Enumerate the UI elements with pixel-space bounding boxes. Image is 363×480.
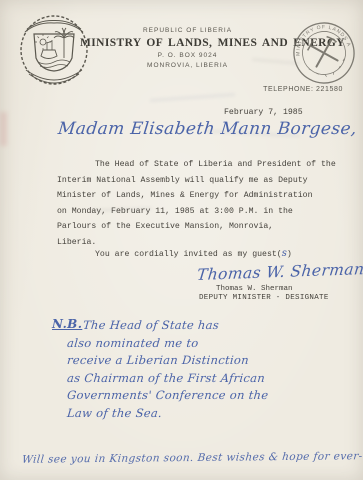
body-line: on Monday, February 11, 1985 at 3:00 P.M…	[57, 204, 319, 220]
note-line: The Head of State has	[82, 317, 298, 335]
stamp-rim-text: MINISTRY OF LANDS AND MINES	[283, 12, 352, 64]
note-line: as Chairman of the First African	[66, 370, 298, 388]
ministry-stamp-seal: MINISTRY OF LANDS AND MINES	[283, 12, 363, 94]
signature-handwritten: Thomas W. Sherman	[196, 260, 363, 284]
body-line: Interim National Assembly will qualify m…	[57, 173, 319, 189]
invitation-text: You are cordially invited as my guest(	[95, 250, 282, 259]
telephone-line: TELEPHONE: 221580	[263, 86, 343, 93]
signer-title: DEPUTY MINISTER - DESIGNATE	[199, 294, 329, 302]
ministry-name: MINISTRY OF LANDS, MINES AND ENERGY	[80, 37, 295, 49]
letter-body: The Head of State of Liberia and Preside…	[57, 157, 319, 250]
signer-name: Thomas W. Sherman	[216, 285, 293, 293]
postscript-note: The Head of State hasalso nominated me t…	[67, 317, 297, 422]
body-line: Parlours of the Executive Mansion, Monro…	[57, 219, 319, 235]
body-line: Minister of Lands, Mines & Energy for Ad…	[57, 188, 319, 204]
bleed-through-artifact	[150, 93, 235, 102]
letter-date: February 7, 1985	[224, 108, 303, 117]
po-box-line: P. O. BOX 9024	[80, 52, 295, 59]
invitation-line: You are cordially invited as my guest(s)	[95, 248, 292, 259]
svg-text:MINISTRY OF LANDS AND MINES: MINISTRY OF LANDS AND MINES	[283, 12, 352, 64]
city-line: MONROVIA, LIBERIA	[80, 62, 295, 69]
salutation-handwritten: Madam Elisabeth Mann Borgese,	[57, 119, 358, 139]
note-line: receive a Liberian Distinction	[66, 352, 298, 370]
scanned-letter-page: REPUBLIC OF LIBERIA MINISTRY OF LANDS, M…	[0, 0, 363, 480]
letterhead: REPUBLIC OF LIBERIA MINISTRY OF LANDS, M…	[80, 24, 295, 69]
body-line: The Head of State of Liberia and Preside…	[57, 157, 319, 173]
bottom-handwritten-line: Will see you in Kingston soon. Best wish…	[21, 450, 363, 466]
note-line: Law of the Sea.	[66, 405, 298, 423]
invitation-close-paren: )	[287, 250, 292, 259]
note-line: Governments' Conference on the	[66, 387, 298, 405]
country-line: REPUBLIC OF LIBERIA	[80, 27, 295, 34]
edge-smudge-artifact	[0, 112, 7, 146]
note-line: also nominated me to	[66, 335, 298, 353]
